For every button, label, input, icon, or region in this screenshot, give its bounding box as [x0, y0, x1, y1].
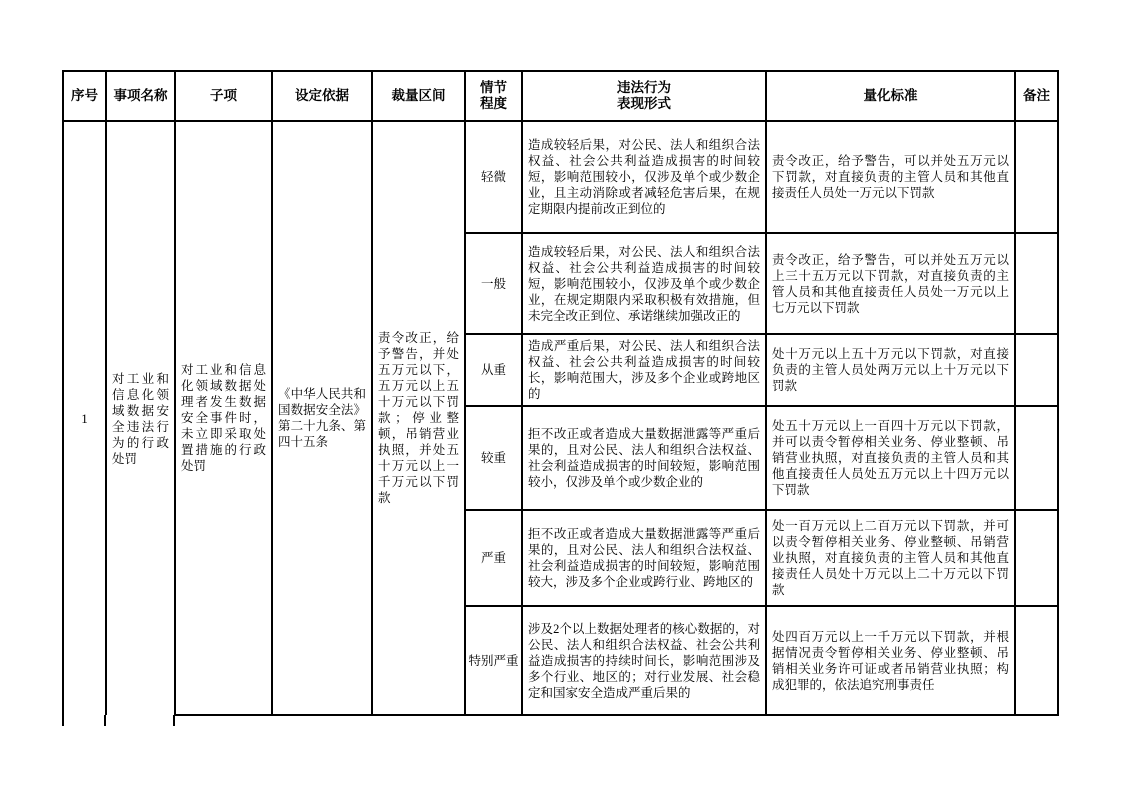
remark-cell [1015, 406, 1058, 510]
behavior-cell: 拒不改正或者造成大量数据泄露等严重后果的，且对公民、法人和组织合法权益、社会利益… [522, 406, 766, 510]
penalty-table-wrap: 序号 事项名称 子项 设定依据 裁量区间 情节 程度 违法行为 表现形式 量化标… [62, 70, 1057, 726]
header-sub-item: 子项 [175, 71, 272, 121]
header-seq: 序号 [63, 71, 106, 121]
header-standard: 量化标准 [766, 71, 1015, 121]
remark-cell [1015, 233, 1058, 334]
header-legal-basis: 设定依据 [272, 71, 372, 121]
continued-border-seq [104, 715, 106, 726]
header-discretion-range: 裁量区间 [372, 71, 465, 121]
severity-cell: 一般 [465, 233, 522, 334]
standard-cell: 责令改正，给予警告，可以并处五万元以上三十五万元以下罚款，对直接负责的主管人员和… [766, 233, 1015, 334]
header-severity: 情节 程度 [465, 71, 522, 121]
behavior-cell: 涉及2个以上数据处理者的核心数据的，对公民、法人和组织合法权益、社会公共利益造成… [522, 606, 766, 715]
standard-cell: 责令改正，给予警告，可以并处五万元以下罚款，对直接负责的主管人员和其他直接责任人… [766, 121, 1015, 233]
table-row-qingwei: 1 对工业和信息化领域数据安全违法行为的行政处罚 对工业和信息化领域数据处理者发… [63, 121, 1058, 233]
severity-cell: 较重 [465, 406, 522, 510]
header-item-name: 事项名称 [106, 71, 175, 121]
severity-cell: 特别严重 [465, 606, 522, 715]
severity-cell: 严重 [465, 510, 522, 606]
page-break-continuation [62, 716, 1057, 726]
header-remark: 备注 [1015, 71, 1058, 121]
behavior-cell: 拒不改正或者造成大量数据泄露等严重后果的，且对公民、法人和组织合法权益、社会利益… [522, 510, 766, 606]
header-behavior: 违法行为 表现形式 [522, 71, 766, 121]
standard-cell: 处一百万元以上二百万元以下罚款，并可以责令暂停相关业务、停业整顿、吊销营业执照，… [766, 510, 1015, 606]
seq-cell: 1 [63, 121, 106, 715]
standard-cell: 处五十万元以上一百四十万元以下罚款，并可以责令暂停相关业务、停业整顿、吊销营业执… [766, 406, 1015, 510]
remark-cell [1015, 510, 1058, 606]
behavior-cell: 造成严重后果，对公民、法人和组织合法权益、社会公共利益造成损害的时间较长，影响范… [522, 334, 766, 406]
continued-border-left [62, 715, 64, 726]
continued-border-item-name [173, 715, 175, 726]
severity-cell: 轻微 [465, 121, 522, 233]
remark-cell [1015, 121, 1058, 233]
table-header-row: 序号 事项名称 子项 设定依据 裁量区间 情节 程度 违法行为 表现形式 量化标… [63, 71, 1058, 121]
behavior-cell: 造成较轻后果，对公民、法人和组织合法权益、社会公共利益造成损害的时间较短，影响范… [522, 121, 766, 233]
item-name-cell: 对工业和信息化领域数据安全违法行为的行政处罚 [106, 121, 175, 715]
discretion-range-cell: 责令改正，给予警告，并处五万元以下，五万元以上五十万元以下罚款；停业整顿，吊销营… [372, 121, 465, 715]
standard-cell: 处十万元以上五十万元以下罚款，对直接负责的主管人员处两万元以上十万元以下罚款 [766, 334, 1015, 406]
penalty-discretion-table: 序号 事项名称 子项 设定依据 裁量区间 情节 程度 违法行为 表现形式 量化标… [62, 70, 1059, 716]
remark-cell [1015, 334, 1058, 406]
sub-item-cell: 对工业和信息化领域数据处理者发生数据安全事件时，未立即采取处置措施的行政处罚 [175, 121, 272, 715]
severity-cell: 从重 [465, 334, 522, 406]
standard-cell: 处四百万元以上一千万元以下罚款，并根据情况责令暂停相关业务、停业整顿、吊销相关业… [766, 606, 1015, 715]
legal-basis-cell: 《中华人民共和国数据安全法》第二十九条、第四十五条 [272, 121, 372, 715]
document-page: 序号 事项名称 子项 设定依据 裁量区间 情节 程度 违法行为 表现形式 量化标… [0, 0, 1122, 793]
behavior-cell: 造成较轻后果，对公民、法人和组织合法权益、社会公共利益造成损害的时间较短，影响范… [522, 233, 766, 334]
remark-cell [1015, 606, 1058, 715]
